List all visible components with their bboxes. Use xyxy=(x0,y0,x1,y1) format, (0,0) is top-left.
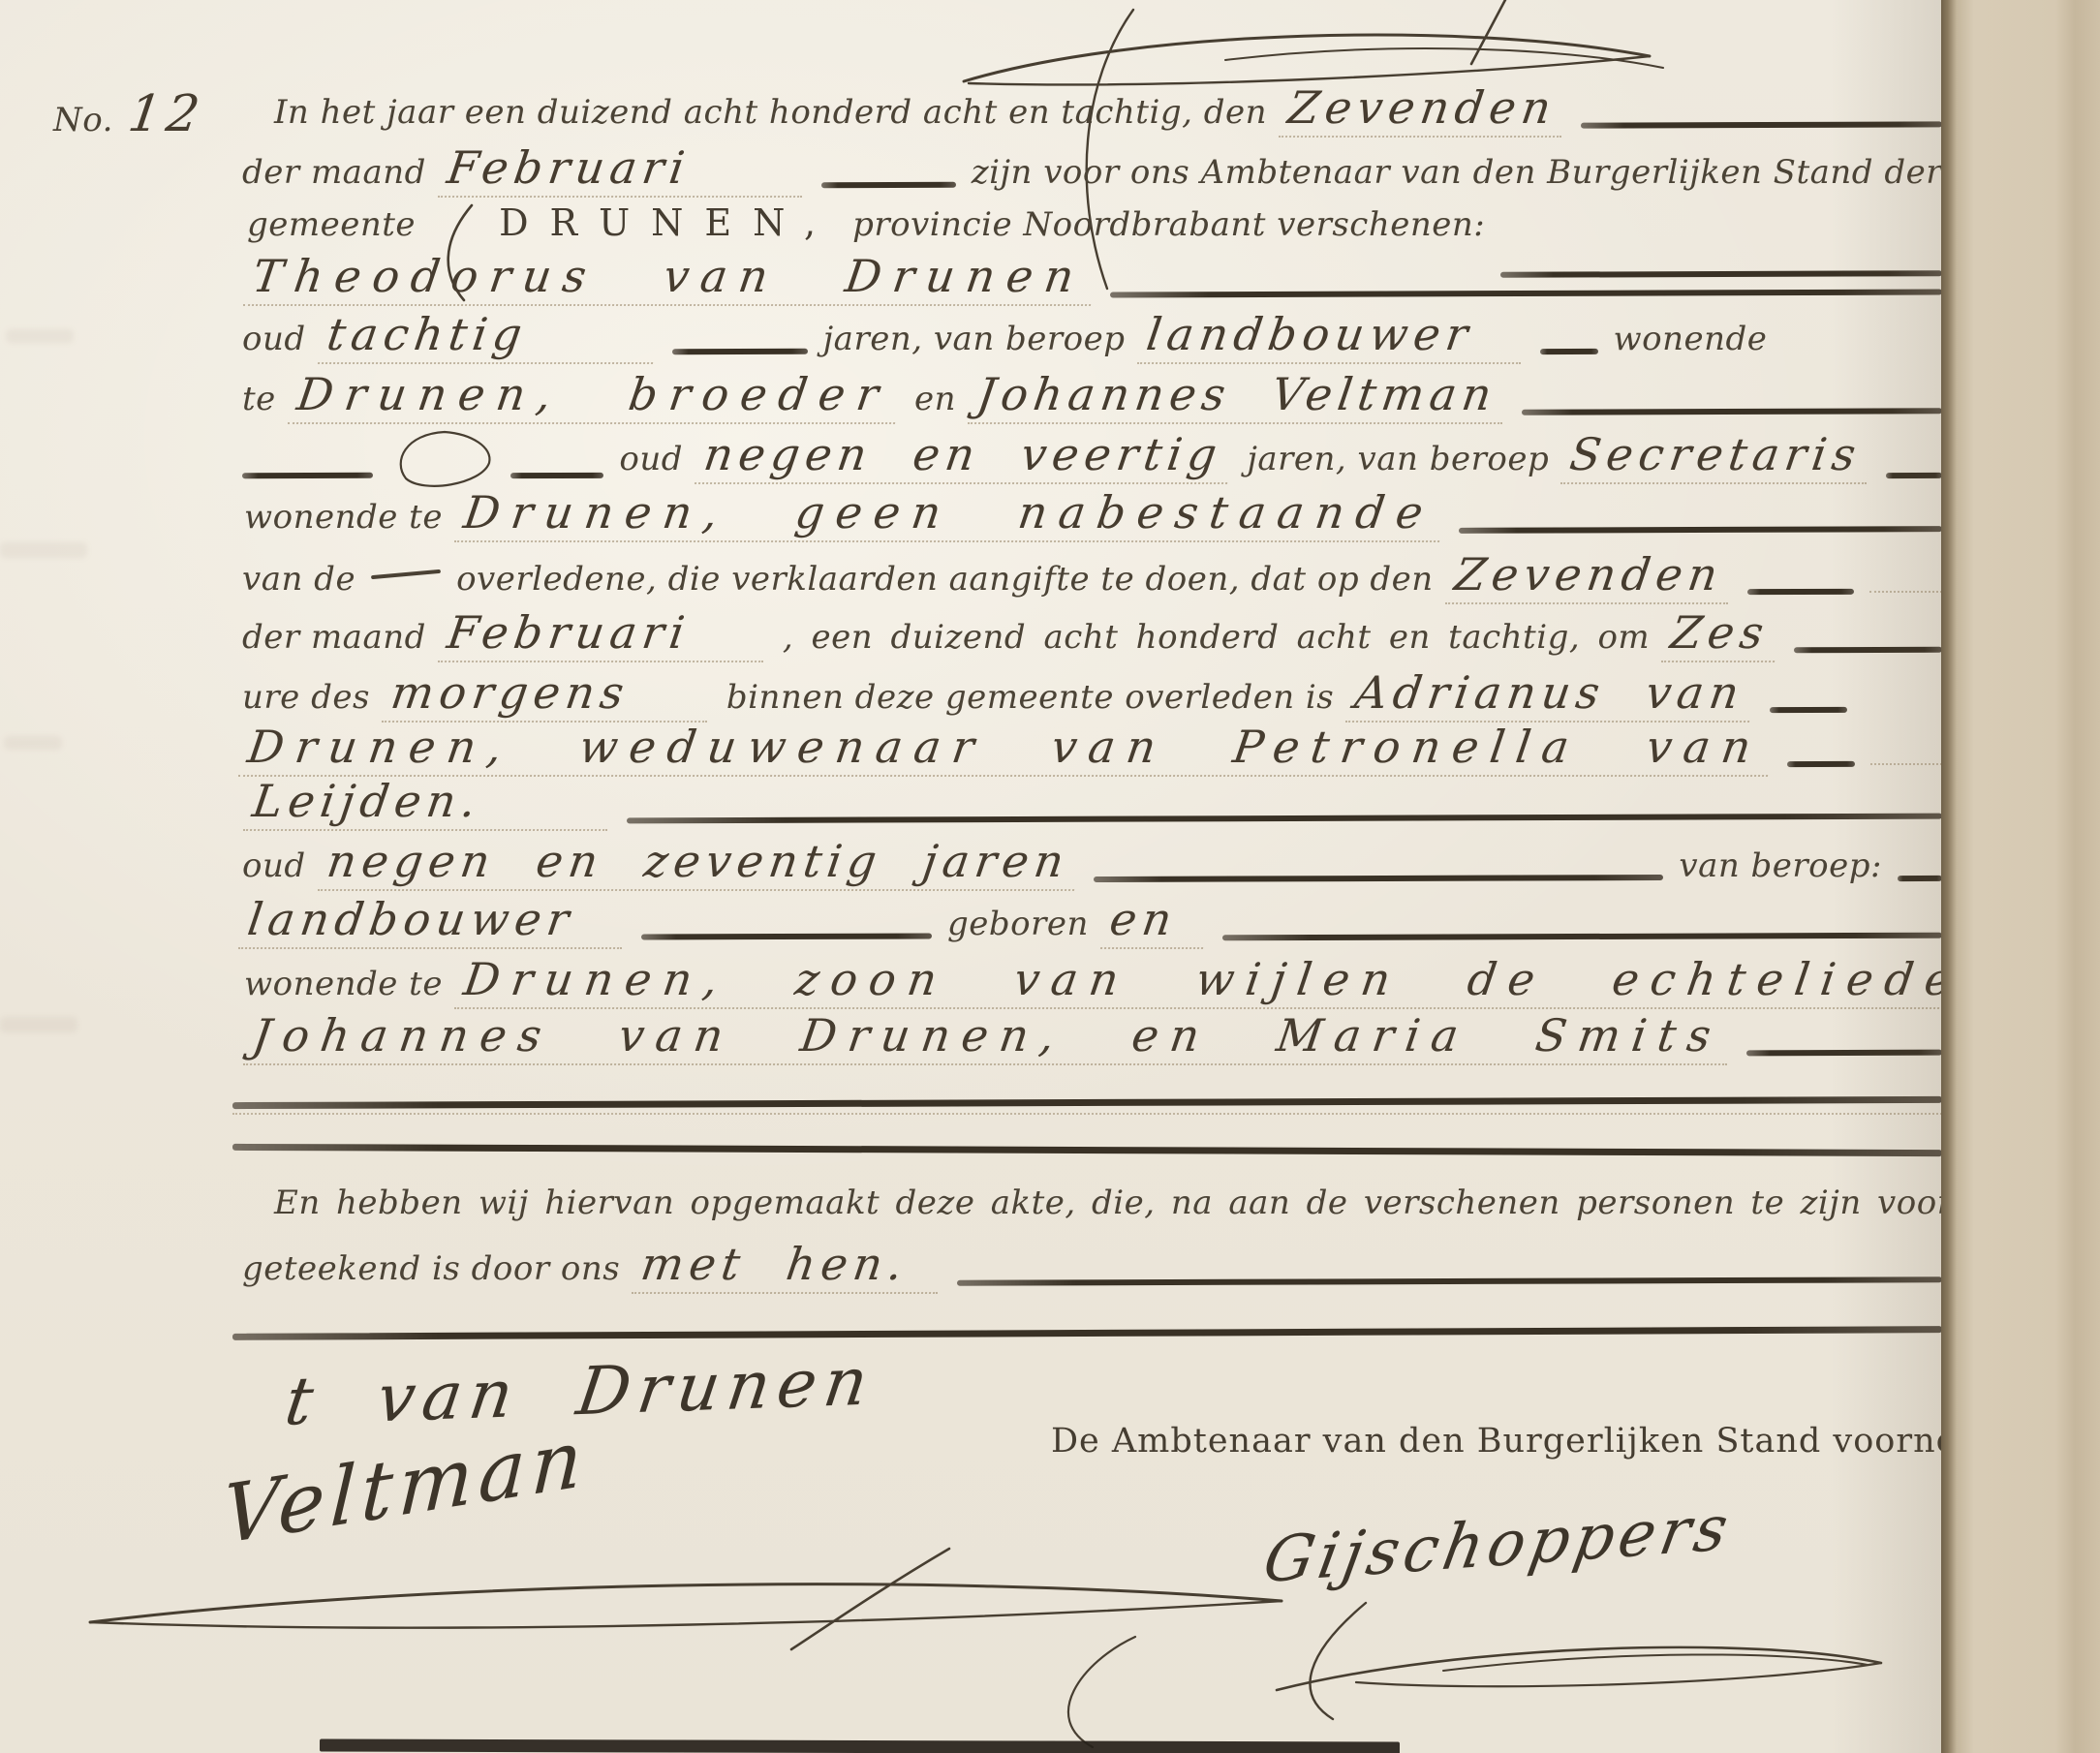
handwritten-deceased-name-1: Adrianus van xyxy=(1345,666,1757,723)
printed-wonende-te: wonende te xyxy=(244,965,443,1003)
ruled-line xyxy=(232,1326,1942,1340)
death-certificate-page: { "record": { "no_label": "No.", "no_val… xyxy=(0,0,2100,1753)
ruled-line xyxy=(821,182,956,188)
handwritten-declarant1-town: Drunen, broeder xyxy=(288,368,903,424)
ruled-line xyxy=(672,349,808,354)
printed-der-maand: der maand xyxy=(242,153,426,192)
pen-flourish xyxy=(998,1635,1172,1753)
line-declarant1-age: oud tachtig jaren, van beroep landbouwer… xyxy=(242,308,1942,364)
handwritten-deceased-age: negen en zeventig jaren xyxy=(318,835,1082,891)
printed-jaren-beroep: jaren, van beroep xyxy=(1247,440,1549,478)
pen-flourish xyxy=(388,428,495,492)
handwritten-declarant2-age: negen en veertig xyxy=(695,428,1235,484)
line-deceased-spouse: Leijden. xyxy=(247,775,1942,831)
line-deceased-occupation: landbouwer geboren en xyxy=(242,893,1942,949)
printed-officials-text: zijn voor ons Ambtenaar van den Burgerli… xyxy=(972,153,1942,192)
ruled-line xyxy=(641,933,932,939)
printed-te: te xyxy=(242,380,276,418)
handwritten-declarant2-name: Johannes Veltman xyxy=(968,368,1510,424)
line-declarant2-age: oud negen en veertig jaren, van beroep S… xyxy=(242,428,1942,488)
line-declarant1-name: Theodorus van Drunen xyxy=(247,250,1942,306)
printed-oud: oud xyxy=(619,440,683,478)
printed-en: en xyxy=(914,380,956,418)
page-edge xyxy=(1941,0,2100,1753)
handwritten-spouse-surname: Leijden. xyxy=(243,775,615,831)
ruled-line xyxy=(1094,875,1663,882)
line-blank xyxy=(232,1077,1942,1116)
handwritten-death-hour: Zes xyxy=(1661,606,1782,662)
ink-bleed-mark xyxy=(0,1017,77,1032)
pen-stroke xyxy=(371,569,441,579)
line-deceased-residence: wonende te Drunen, zoon van wijlen de ec… xyxy=(244,953,1942,1009)
line-deceased-age: oud negen en zeventig jaren van beroep: xyxy=(242,835,1942,891)
handwritten-declarant1-age: tachtig xyxy=(318,308,661,364)
printed-oud: oud xyxy=(242,320,306,358)
record-number-label: No. xyxy=(53,101,113,139)
printed-gemeente: gemeente xyxy=(247,205,416,244)
handwritten-time-of-day: morgens xyxy=(382,666,715,723)
line-year: In het jaar een duizend acht honderd ach… xyxy=(274,81,1942,138)
signature-official: Gijschoppers xyxy=(1258,1492,1738,1598)
ink-bleed-mark xyxy=(6,329,74,343)
line-deceased-widower: Drunen, weduwenaar van Petronella van xyxy=(242,721,1942,777)
printed-van-de: van de xyxy=(242,560,355,599)
handwritten-death-day: Zevenden xyxy=(1445,548,1736,604)
handwritten-declarant1-occupation: landbouwer xyxy=(1136,308,1528,364)
handwritten-death-month: Februari xyxy=(438,606,771,662)
page-shading xyxy=(1831,0,1941,1753)
handwritten-month: Februari xyxy=(438,141,810,198)
handwritten-parents-names: Johannes van Drunen, en Maria Smits xyxy=(243,1009,1736,1065)
ruled-line xyxy=(232,1096,1942,1109)
handwritten-day: Zevenden xyxy=(1279,81,1569,138)
handwritten-deceased-occupation: landbouwer xyxy=(238,893,630,949)
line-month: der maand Februari zijn voor ons Ambtena… xyxy=(242,141,1942,198)
handwritten-met-hen: met hen. xyxy=(632,1238,945,1294)
line-blank xyxy=(232,1307,1942,1346)
ruled-line xyxy=(1110,290,1942,298)
line-death-month: der maand Februari , een duizend acht ho… xyxy=(242,606,1942,662)
printed-oud: oud xyxy=(242,846,306,885)
printed-closing-text: En hebben wij hiervan opgemaakt deze akt… xyxy=(274,1184,2085,1222)
ruled-line xyxy=(510,473,603,478)
ruled-line xyxy=(232,1144,1942,1156)
ink-bleed-mark xyxy=(4,736,62,750)
photo-edge xyxy=(320,1739,1400,1753)
printed-overleden-is: binnen deze gemeente overleden is xyxy=(726,678,1334,717)
printed-der-maand: der maand xyxy=(242,618,426,657)
ink-bleed-mark xyxy=(0,542,87,558)
printed-geteekend: geteekend is door ons xyxy=(242,1249,620,1288)
printed-geboren: geboren xyxy=(947,905,1089,943)
line-parents: Johannes van Drunen, en Maria Smits xyxy=(247,1009,1942,1065)
line-declarant1-town: te Drunen, broeder en Johannes Veltman xyxy=(242,368,1942,424)
ruled-line xyxy=(242,473,373,478)
printed-jaren-beroep: jaren, van beroep xyxy=(823,320,1126,358)
handwritten-deceased-residence: Drunen, zoon van wijlen de echtelieden xyxy=(454,953,2017,1009)
line-closing-1: En hebben wij hiervan opgemaakt deze akt… xyxy=(274,1184,1942,1222)
handwritten-declarant1-name: Theodorus van Drunen xyxy=(243,250,1098,306)
line-blank xyxy=(232,1124,1942,1163)
ruled-line xyxy=(957,1276,1942,1286)
line-declarant2-town: wonende te Drunen, geen nabestaande xyxy=(244,486,1942,542)
printed-year-text: In het jaar een duizend acht honderd ach… xyxy=(274,93,1267,132)
record-number: No. 12 xyxy=(53,85,204,143)
record-number-value: 12 xyxy=(125,85,209,143)
printed-provincie: provincie Noordbrabant verschenen: xyxy=(852,205,1485,244)
town-name: DRUNEN, xyxy=(499,201,837,244)
printed-wonende-te: wonende te xyxy=(244,498,443,537)
handwritten-declarant2-relation: Drunen, geen nabestaande xyxy=(454,486,1447,542)
printed-ure-des: ure des xyxy=(242,678,370,717)
handwritten-declarant2-occupation: Secretaris xyxy=(1560,428,1874,484)
pen-flourish xyxy=(1250,1593,1899,1724)
line-death-time: ure des morgens binnen deze gemeente ove… xyxy=(242,666,1942,723)
line-closing-2: geteekend is door ons met hen. xyxy=(242,1238,1942,1294)
handwritten-en: en xyxy=(1100,893,1211,949)
printed-declaration-text: overledene, die verklaarden aangifte te … xyxy=(456,560,1434,599)
ruled-line xyxy=(1540,349,1598,354)
printed-wonende: wonende xyxy=(1614,320,1768,358)
printed-year-text: , een duizend acht honderd acht en tacht… xyxy=(783,618,1650,657)
handwritten-deceased-name-2: Drunen, weduwenaar van Petronella van xyxy=(238,721,1776,777)
line-declaration: van de overledene, die verklaarden aangi… xyxy=(242,548,1942,604)
ruled-line xyxy=(627,814,1942,824)
